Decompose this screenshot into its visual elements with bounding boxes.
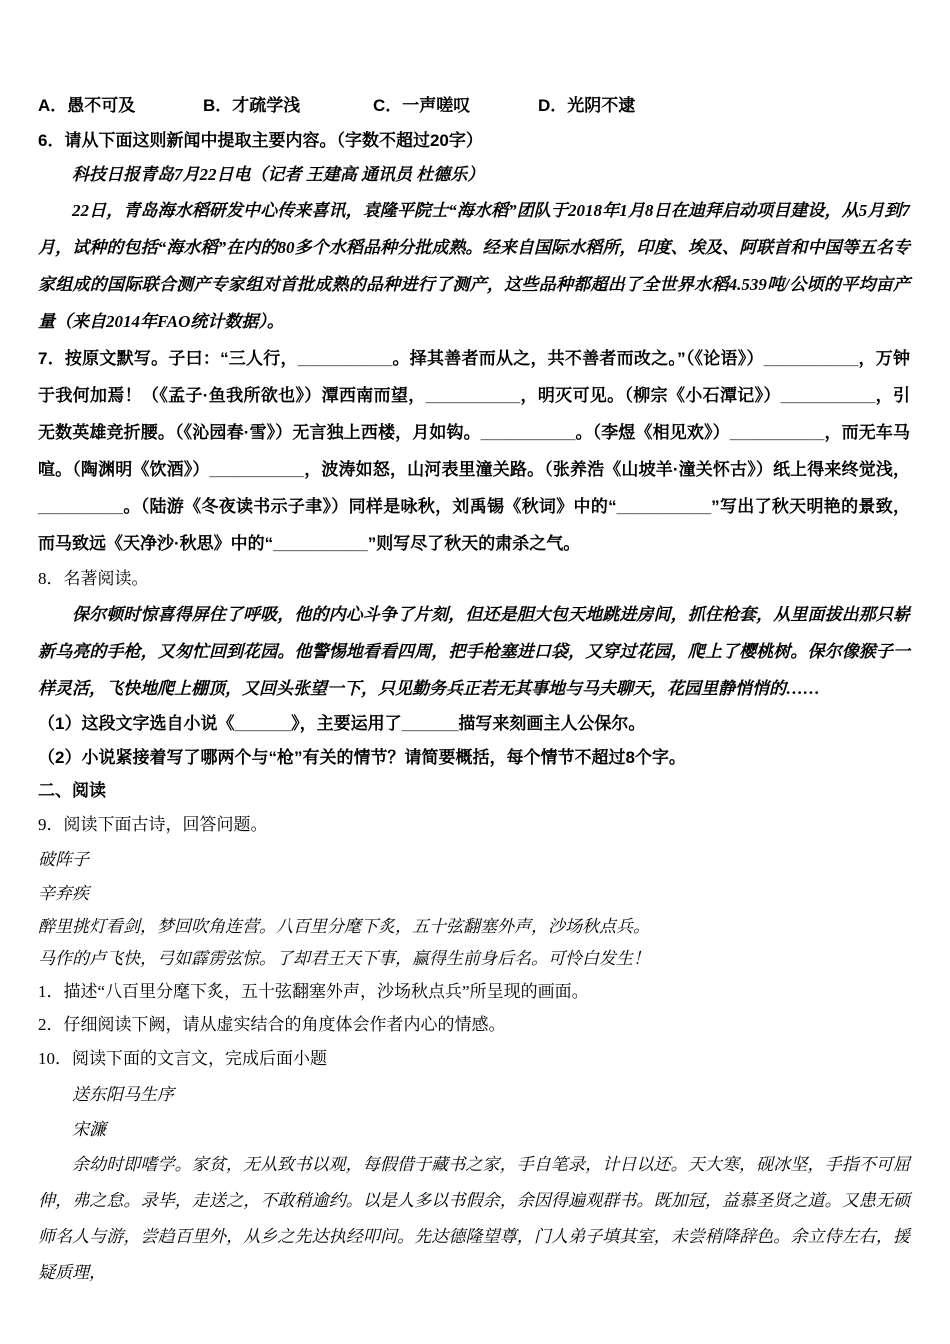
- question-9-sub-2: 2．仔细阅读下阙，请从虚实结合的角度体会作者内心的情感。: [38, 1008, 910, 1041]
- passage-title: 送东阳马生序: [38, 1077, 910, 1112]
- poem-author: 辛弃疾: [38, 877, 910, 910]
- news-body: 22日，青岛海水稻研发中心传来喜讯，袁隆平院士“海水稻”团队于2018年1月8日…: [38, 192, 910, 340]
- question-8-stem: 8．名著阅读。: [38, 562, 910, 596]
- news-byline: 科技日报青岛7月22日电（记者 王建高 通讯员 杜德乐）: [38, 158, 910, 192]
- section-2-heading: 二、阅读: [38, 775, 910, 807]
- exam-page: A．愚不可及 B．才疏学浅 C．一声嗟叹 D．光阴不逮 6．请从下面这则新闻中提…: [0, 0, 950, 1344]
- question-7-dictation: 7．按原文默写。子曰：“三人行，__________。择其善者而从之，共不善者而…: [38, 340, 910, 562]
- passage-author: 宋濂: [38, 1112, 910, 1147]
- question-8-sub-2: （2）小说紧接着写了哪两个与“枪”有关的情节？请简要概括，每个情节不超过8个字。: [38, 741, 910, 775]
- poem-line-1: 醉里挑灯看剑，梦回吹角连营。八百里分麾下炙，五十弦翻塞外声，沙场秋点兵。: [38, 910, 910, 943]
- novel-excerpt: 保尔顿时惊喜得屏住了呼吸，他的内心斗争了片刻，但还是胆大包天地跳进房间，抓住枪套…: [38, 596, 910, 707]
- question-10-stem: 10．阅读下面的文言文，完成后面小题: [38, 1041, 910, 1077]
- choice-b: B．才疏学浅: [203, 88, 373, 124]
- choice-d: D．光阴不逮: [538, 88, 635, 124]
- question-6-stem: 6．请从下面这则新闻中提取主要内容。（字数不超过20字）: [38, 124, 910, 158]
- question-8-sub-1: （1）这段文字选自小说《______》，主要运用了______描写来刻画主人公保…: [38, 707, 910, 741]
- question-9-sub-1: 1．描述“八百里分麾下炙，五十弦翻塞外声，沙场秋点兵”所呈现的画面。: [38, 975, 910, 1008]
- choice-c: C．一声嗟叹: [373, 88, 538, 124]
- classical-passage: 余幼时即嗜学。家贫，无从致书以观，每假借于藏书之家，手自笔录，计日以还。天大寒，…: [38, 1147, 910, 1291]
- question-9-stem: 9．阅读下面古诗，回答问题。: [38, 807, 910, 842]
- poem-title: 破阵子: [38, 842, 910, 877]
- choice-a: A．愚不可及: [38, 88, 203, 124]
- poem-line-2: 马作的卢飞快，弓如霹雳弦惊。了却君王天下事，赢得生前身后名。可怜白发生！: [38, 943, 910, 975]
- multiple-choice-options-row: A．愚不可及 B．才疏学浅 C．一声嗟叹 D．光阴不逮: [38, 88, 910, 124]
